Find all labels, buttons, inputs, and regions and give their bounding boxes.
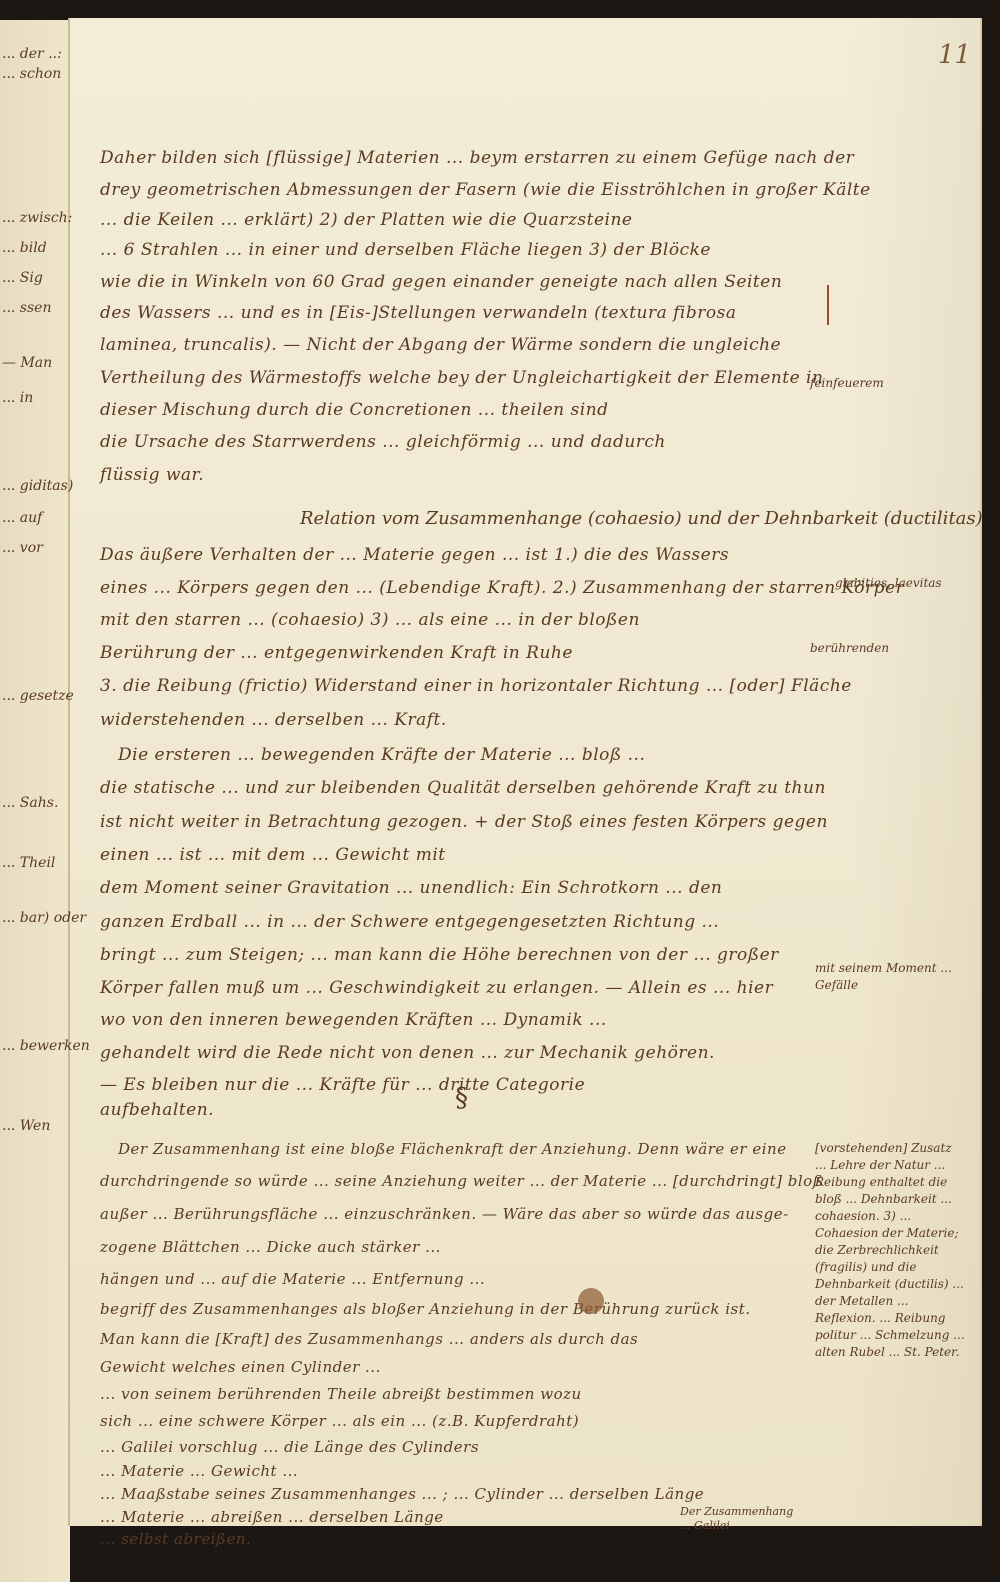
manuscript-line: widerstehenden ... derselben ... Kraft. (100, 710, 447, 730)
manuscript-line: zogene Blättchen ... Dicke auch stärker … (100, 1238, 441, 1256)
left-fragment: ... ssen (2, 300, 51, 316)
manuscript-line: des Wassers ... und es in [Eis-]Stellung… (100, 303, 736, 323)
manuscript-line: ... Maaßstabe seines Zusammenhanges ... … (100, 1485, 704, 1503)
manuscript-line: wo von den inneren bewegenden Kräften ..… (100, 1010, 607, 1030)
margin-note: mit seinem Moment ... Gefälle (815, 960, 955, 994)
manuscript-line: begriff des Zusammenhanges als bloßer An… (100, 1300, 751, 1318)
left-fragment: ... bild (2, 240, 47, 256)
manuscript-line: — Es bleiben nur die ... Kräfte für ... … (100, 1075, 585, 1095)
left-fragment: ... Sig (2, 270, 43, 286)
footer-note: Der Zusammenhang ... Galilei (680, 1505, 800, 1533)
manuscript-line: sich ... eine schwere Körper ... als ein… (100, 1412, 579, 1430)
manuscript-line: Daher bilden sich [flüssige] Materien ..… (100, 148, 854, 168)
manuscript-line: wie die in Winkeln von 60 Grad gegen ein… (100, 272, 782, 292)
manuscript-line: flüssig war. (100, 465, 204, 485)
margin-note: glabities, laevitas (835, 575, 955, 592)
manuscript-line: ... von seinem berührenden Theile abreiß… (100, 1385, 582, 1403)
manuscript-line: einen ... ist ... mit dem ... Gewicht mi… (100, 845, 446, 865)
left-fragment: ... giditas) (2, 478, 73, 494)
left-fragment: ... schon (2, 66, 61, 82)
manuscript-line: ... selbst abreißen. (100, 1530, 251, 1548)
left-fragment: ... vor (2, 540, 43, 556)
manuscript-line: drey geometrischen Abmessungen der Faser… (100, 180, 871, 200)
manuscript-line: ... Galilei vorschlug ... die Länge des … (100, 1438, 479, 1456)
manuscript-line: dieser Mischung durch die Concretionen .… (100, 400, 609, 420)
manuscript-line: 3. die Reibung (frictio) Widerstand eine… (100, 676, 852, 696)
manuscript-line: ... 6 Strahlen ... in einer und derselbe… (100, 240, 711, 260)
red-margin-mark (827, 285, 829, 325)
manuscript-line: Das äußere Verhalten der ... Materie geg… (100, 545, 729, 565)
manuscript-line: dem Moment seiner Gravitation ... unendl… (100, 878, 722, 898)
manuscript-line: die statische ... und zur bleibenden Qua… (100, 778, 826, 798)
manuscript-line: Die ersteren ... bewegenden Kräfte der M… (118, 745, 645, 765)
manuscript-line: eines ... Körpers gegen den ... (Lebendi… (100, 578, 904, 598)
manuscript-line: Körper fallen muß um ... Geschwindigkeit… (100, 978, 773, 998)
left-fragment: ... zwisch: (2, 210, 72, 226)
manuscript-line: ganzen Erdball ... in ... der Schwere en… (100, 912, 719, 932)
manuscript-line: durchdringende so würde ... seine Anzieh… (100, 1172, 823, 1190)
manuscript-line: Berührung der ... entgegenwirkenden Kraf… (100, 643, 573, 663)
left-fragment: ... Theil (2, 855, 55, 871)
manuscript-line: Man kann die [Kraft] des Zusammenhangs .… (100, 1330, 638, 1348)
manuscript-line: Der Zusammenhang ist eine bloße Flächenk… (118, 1140, 787, 1158)
section-heading: Relation vom Zusammenhange (cohaesio) un… (300, 508, 983, 529)
manuscript-line: gehandelt wird die Rede nicht von denen … (100, 1043, 715, 1063)
left-fragment: ... der ..: (2, 46, 62, 62)
left-fragment: ... auf (2, 510, 42, 526)
section-mark: § (455, 1083, 468, 1113)
left-fragment: ... gesetze (2, 688, 74, 704)
left-fragment: — Man (2, 355, 52, 371)
manuscript-line: ist nicht weiter in Betrachtung gezogen.… (100, 812, 828, 832)
left-fragment: ... bewerken (2, 1038, 90, 1054)
manuscript-line: ... Materie ... Gewicht ... (100, 1462, 298, 1480)
manuscript-line: Vertheilung des Wärmestoffs welche bey d… (100, 368, 823, 388)
page-number: 11 (938, 40, 971, 70)
manuscript-line: Gewicht welches einen Cylinder ... (100, 1358, 381, 1376)
manuscript-line: ... die Keilen ... erklärt) 2) der Platt… (100, 210, 632, 230)
manuscript-line: die Ursache des Starrwerdens ... gleichf… (100, 432, 666, 452)
manuscript-line: bringt ... zum Steigen; ... man kann die… (100, 945, 779, 965)
manuscript-line: außer ... Berührungsfläche ... einzuschr… (100, 1205, 789, 1223)
manuscript-line: hängen und ... auf die Materie ... Entfe… (100, 1270, 485, 1288)
manuscript-line: laminea, truncalis). — Nicht der Abgang … (100, 335, 781, 355)
ink-stain (578, 1288, 604, 1314)
page-fold (68, 18, 70, 1526)
manuscript-line: aufbehalten. (100, 1100, 214, 1120)
left-fragment: ... in (2, 390, 33, 406)
left-fragment: ... bar) oder (2, 910, 86, 926)
margin-note: feinfeuerem (810, 375, 990, 392)
margin-note: [vorstehenden] Zusatz ... Lehre der Natu… (815, 1140, 965, 1361)
manuscript-line: mit den starren ... (cohaesio) 3) ... al… (100, 610, 640, 630)
left-fragment: ... Wen (2, 1118, 50, 1134)
manuscript-line: ... Materie ... abreißen ... derselben L… (100, 1508, 444, 1526)
left-fragment: ... Sahs. (2, 795, 58, 811)
margin-note: berührenden (810, 640, 990, 657)
